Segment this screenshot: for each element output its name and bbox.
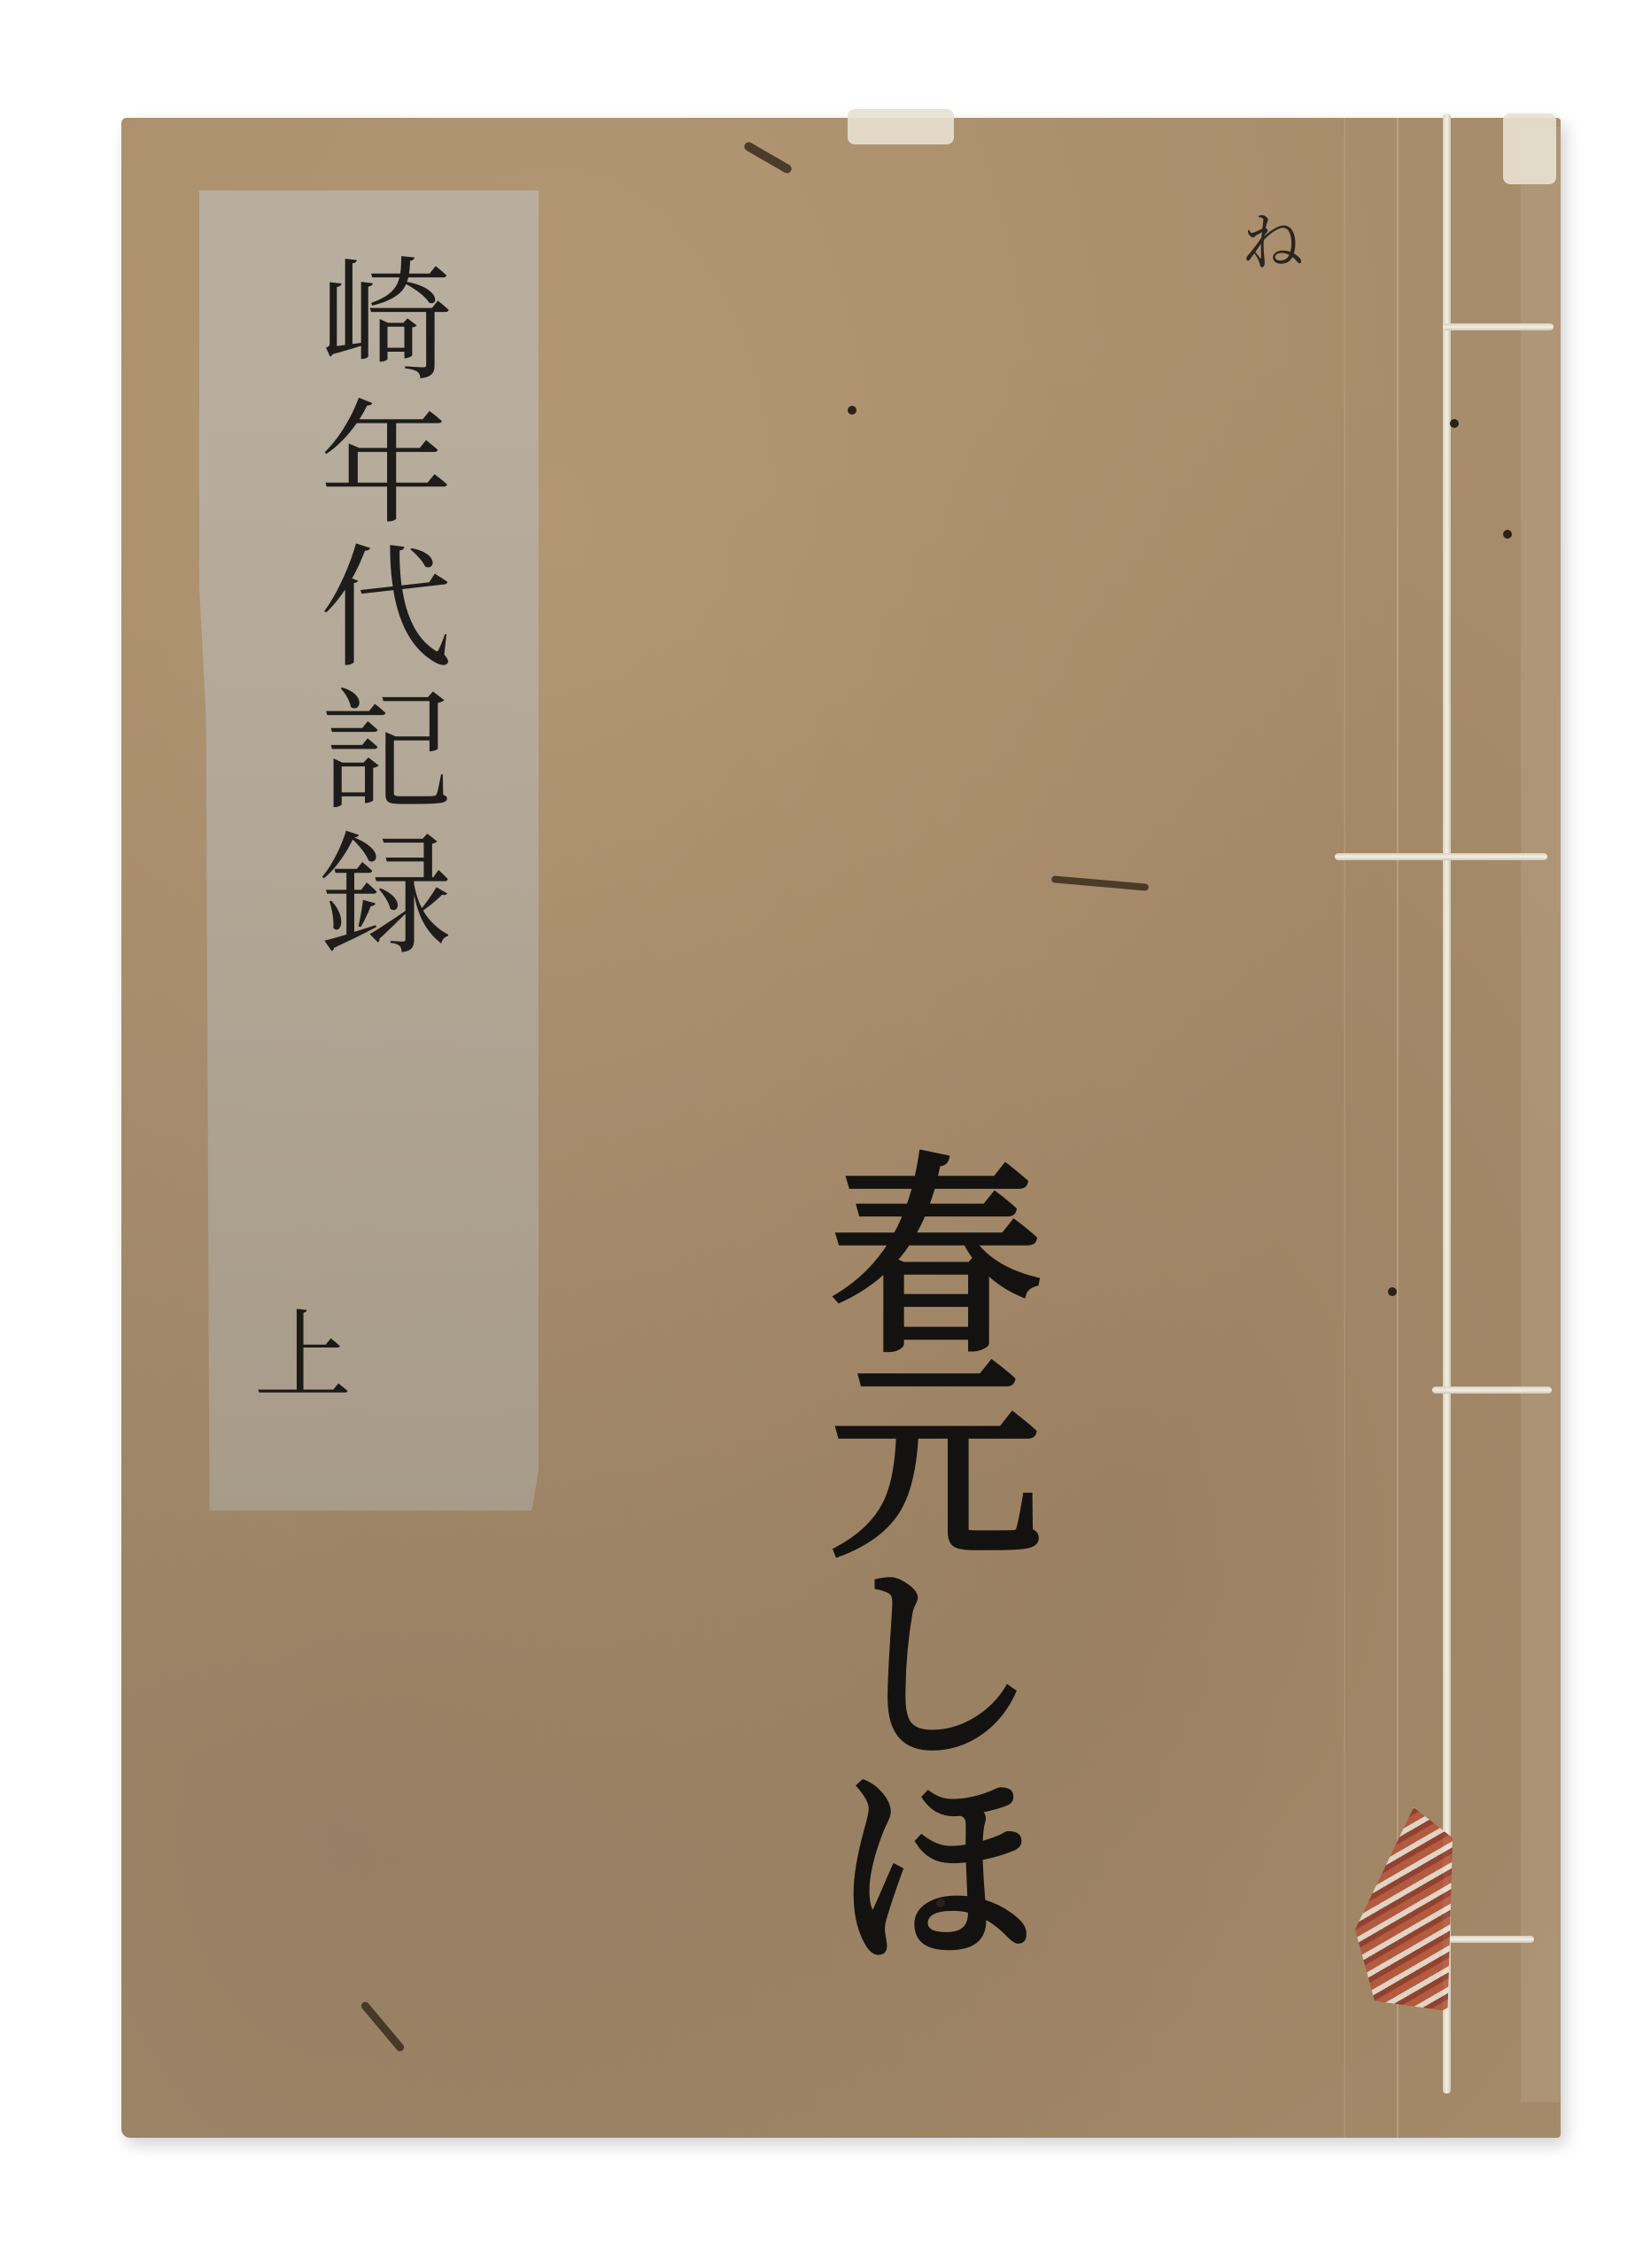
- binding-tie-2: [1335, 853, 1547, 860]
- label-title-text: 崎年代記録: [245, 251, 440, 968]
- worm-hole: [1503, 530, 1512, 539]
- binding-cord-vertical: [1443, 113, 1451, 2093]
- worm-track: [360, 2000, 406, 2053]
- torn-edge: [1503, 113, 1556, 184]
- corner-mark: ね: [1242, 193, 1304, 283]
- worm-hole: [1450, 419, 1459, 428]
- spine-edge: [1521, 127, 1561, 2102]
- worm-track: [1051, 875, 1149, 891]
- book-cover: 崎年代記録 上 春元しほ ね: [121, 118, 1561, 2138]
- spine-fold-line: [1397, 118, 1399, 2138]
- binding-tie-3: [1432, 1386, 1552, 1394]
- spine-fold-line-inner: [1344, 118, 1345, 2138]
- worm-hole: [1388, 1287, 1397, 1296]
- worm-hole: [848, 406, 856, 415]
- label-volume-text: 上: [254, 1278, 352, 1418]
- worm-hole: [936, 1899, 945, 1907]
- cover-inscription: 春元しほ: [741, 1146, 1025, 1961]
- binding-tie-1: [1443, 323, 1554, 330]
- torn-edge: [848, 109, 954, 144]
- worm-track: [743, 141, 794, 175]
- damaged-corner: [1355, 1807, 1453, 2011]
- binding-tie-4: [1445, 1936, 1534, 1943]
